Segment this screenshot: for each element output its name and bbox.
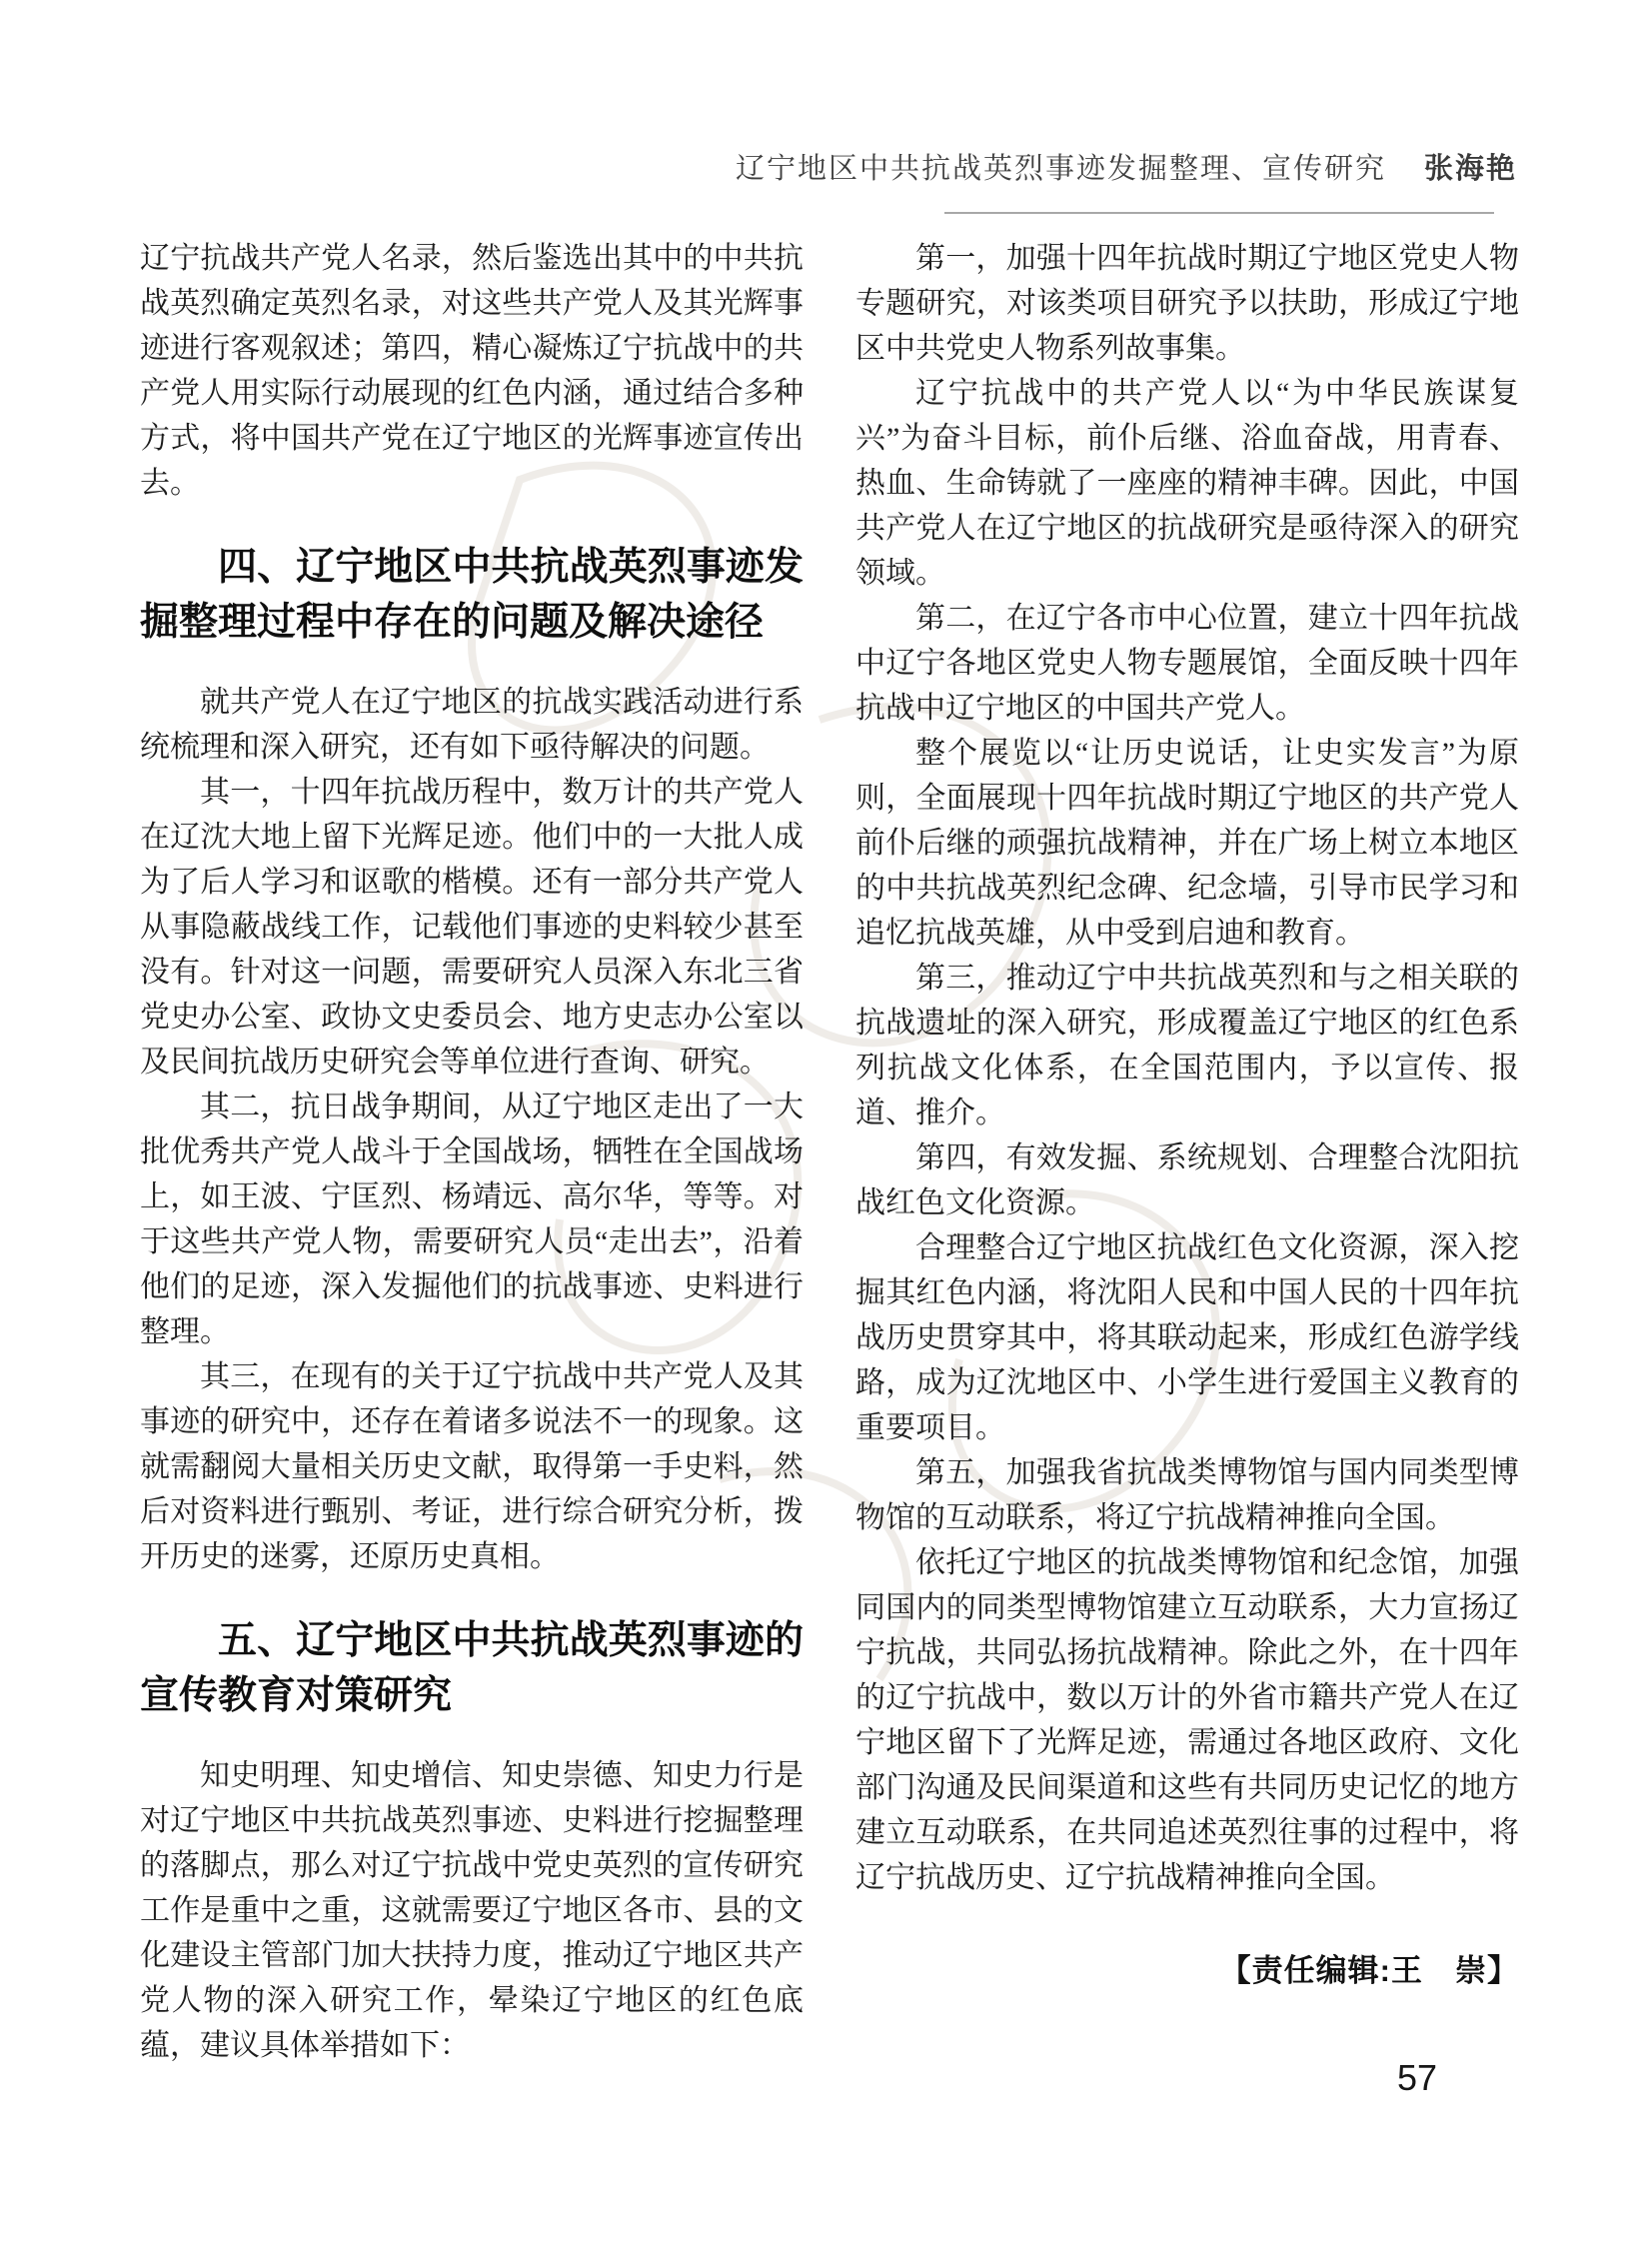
paragraph: 第五，加强我省抗战类博物馆与国内同类型博物馆的互动联系，将辽宁抗战精神推向全国。 bbox=[855, 1450, 1519, 1540]
journal-page: 辽宁地区中共抗战英烈事迹发掘整理、宣传研究张海艳 辽宁抗战共产党人名录，然后鉴选… bbox=[0, 0, 1652, 2241]
paragraph: 整个展览以“让历史说话，让史实发言”为原则，全面展现十四年抗战时期辽宁地区的共产… bbox=[855, 731, 1519, 956]
paragraph: 第三，推动辽宁中共抗战英烈和与之相关联的抗战遗址的深入研究，形成覆盖辽宁地区的红… bbox=[855, 956, 1519, 1135]
section-heading-4: 四、辽宁地区中共抗战英烈事迹发掘整理过程中存在的问题及解决途径 bbox=[140, 540, 804, 650]
paragraph: 知史明理、知史增信、知史崇德、知史力行是对辽宁地区中共抗战英烈事迹、史料进行挖掘… bbox=[140, 1753, 804, 2068]
left-column: 辽宁抗战共产党人名录，然后鉴选出其中的中共抗战英烈确定英烈名录，对这些共产党人及… bbox=[140, 236, 804, 2068]
paragraph-continuation: 辽宁抗战共产党人名录，然后鉴选出其中的中共抗战英烈确定英烈名录，对这些共产党人及… bbox=[140, 236, 804, 506]
paragraph: 第四，有效发掘、系统规划、合理整合沈阳抗战红色文化资源。 bbox=[855, 1135, 1519, 1225]
paragraph: 合理整合辽宁地区抗战红色文化资源，深入挖掘其红色内涵，将沈阳人民和中国人民的十四… bbox=[855, 1225, 1519, 1450]
running-title: 辽宁地区中共抗战英烈事迹发掘整理、宣传研究 bbox=[736, 153, 1386, 185]
header-rule bbox=[944, 212, 1494, 214]
paragraph: 其一，十四年抗战历程中，数万计的共产党人在辽沈大地上留下光辉足迹。他们中的一大批… bbox=[140, 770, 804, 1085]
section-heading-5: 五、辽宁地区中共抗战英烈事迹的宣传教育对策研究 bbox=[140, 1613, 804, 1723]
paragraph: 其三，在现有的关于辽宁抗战中共产党人及其事迹的研究中，还存在着诸多说法不一的现象… bbox=[140, 1354, 804, 1579]
paragraph: 第二，在辽宁各市中心位置，建立十四年抗战中辽宁各地区党史人物专题展馆，全面反映十… bbox=[855, 596, 1519, 731]
paragraph: 依托辽宁地区的抗战类博物馆和纪念馆，加强同国内的同类型博物馆建立互动联系，大力宣… bbox=[855, 1540, 1519, 1900]
running-author: 张海艳 bbox=[1424, 153, 1517, 185]
page-number: 57 bbox=[1397, 2057, 1437, 2099]
right-column: 第一，加强十四年抗战时期辽宁地区党史人物专题研究，对该类项目研究予以扶助，形成辽… bbox=[855, 236, 1519, 2068]
running-header: 辽宁地区中共抗战英烈事迹发掘整理、宣传研究张海艳 bbox=[736, 146, 1517, 187]
paragraph: 就共产党人在辽宁地区的抗战实践活动进行系统梳理和深入研究，还有如下亟待解决的问题… bbox=[140, 680, 804, 770]
editor-credit: 【责任编辑:王 崇】 bbox=[855, 1945, 1519, 1990]
paragraph: 其二，抗日战争期间，从辽宁地区走出了一大批优秀共产党人战斗于全国战场，牺牲在全国… bbox=[140, 1085, 804, 1354]
paragraph: 第一，加强十四年抗战时期辽宁地区党史人物专题研究，对该类项目研究予以扶助，形成辽… bbox=[855, 236, 1519, 371]
text-columns: 辽宁抗战共产党人名录，然后鉴选出其中的中共抗战英烈确定英烈名录，对这些共产党人及… bbox=[140, 236, 1519, 2068]
paragraph: 辽宁抗战中的共产党人以“为中华民族谋复兴”为奋斗目标，前仆后继、浴血奋战，用青春… bbox=[855, 371, 1519, 596]
